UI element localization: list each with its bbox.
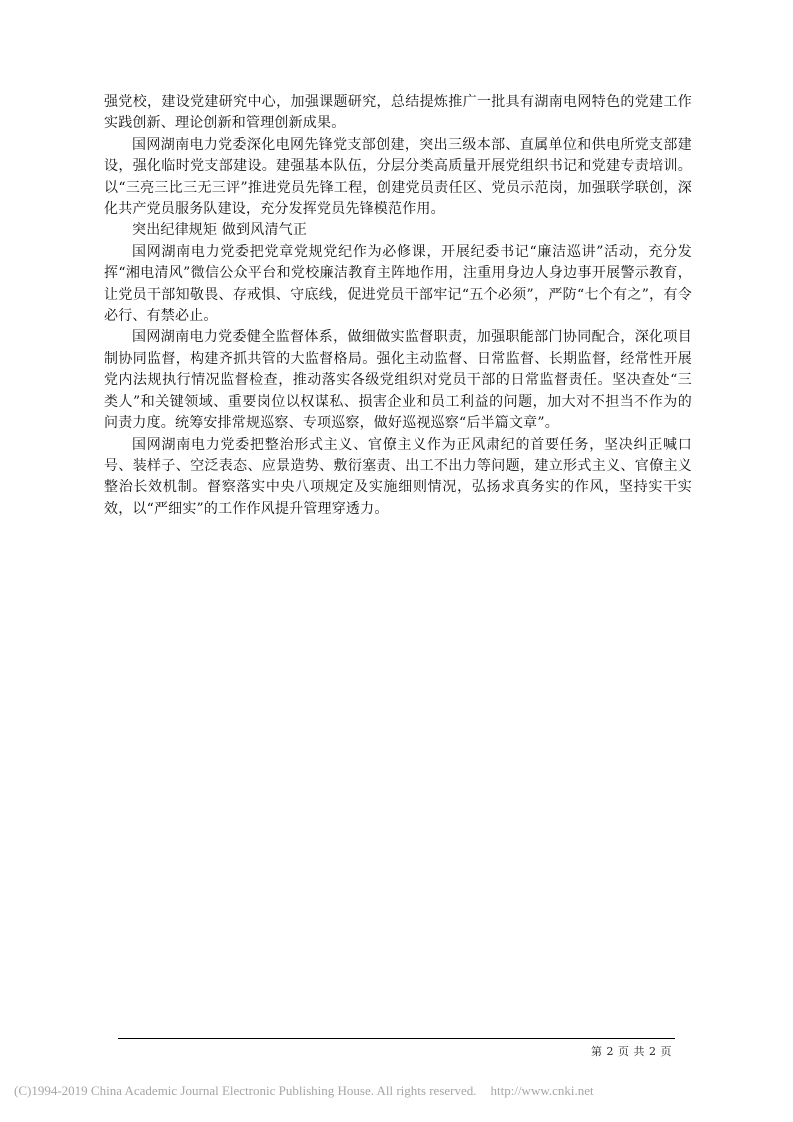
section-heading: 突出纪律规矩 做到风清气正 xyxy=(104,220,692,241)
page-number: 第 2 页 共 2 页 xyxy=(591,1043,672,1059)
copyright-text: (C)1994-2019 China Academic Journal Elec… xyxy=(14,1083,477,1098)
paragraph-supervision-system: 国网湖南电力党委健全监督体系，做细做实监督职责，加强职能部门协同配合，深化项目制… xyxy=(104,327,692,434)
copyright-watermark: (C)1994-2019 China Academic Journal Elec… xyxy=(14,1083,594,1099)
paragraph-party-branch-building: 国网湖南电力党委深化电网先锋党支部创建，突出三级本部、直属单位和供电所党支部建设… xyxy=(104,135,692,221)
paragraph-formalism-rectification: 国网湖南电力党委把整治形式主义、官僚主义作为正风肃纪的首要任务，坚决纠正喊口号、… xyxy=(104,435,692,521)
paragraph-continuation: 强党校，建设党建研究中心，加强课题研究，总结提炼推广一批具有湖南电网特色的党建工… xyxy=(104,92,692,135)
cnki-url[interactable]: http://www.cnki.net xyxy=(491,1083,594,1098)
paragraph-discipline-education: 国网湖南电力党委把党章党规党纪作为必修课，开展纪委书记“廉洁巡讲”活动，充分发挥… xyxy=(104,242,692,328)
footer-divider xyxy=(118,1038,675,1039)
document-body: 强党校，建设党建研究中心，加强课题研究，总结提炼推广一批具有湖南电网特色的党建工… xyxy=(104,92,692,520)
